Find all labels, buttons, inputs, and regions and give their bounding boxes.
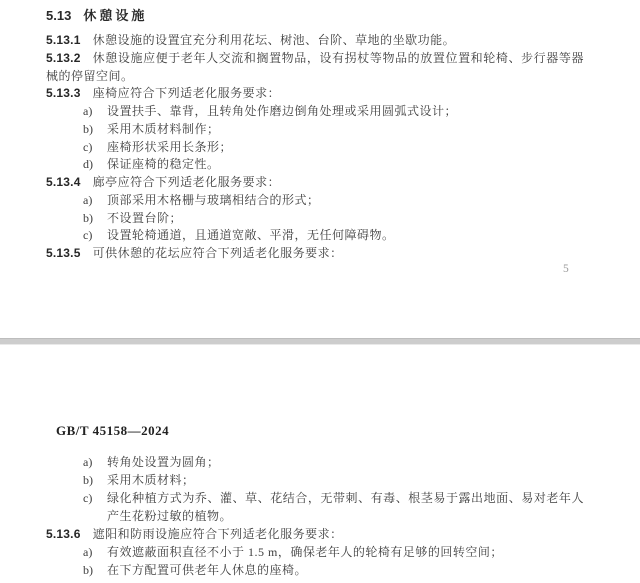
clause-5-13-6: 5.13.6遮阳和防雨设施应符合下列适老化服务要求：: [46, 525, 584, 543]
list-item: c)座椅形状采用长条形；: [46, 139, 584, 157]
list-item-text: 设置扶手、靠背，且转角处作磨边倒角处理或采用圆弧式设计；: [107, 104, 457, 118]
list-marker: c): [83, 227, 92, 245]
list-item: b)在下方配置可供老年人休息的座椅。: [46, 561, 584, 579]
clause-number: 5.13.2: [46, 51, 81, 65]
clause-5-13-1: 5.13.1休憩设施的设置宜充分利用花坛、树池、台阶、草地的坐歇功能。: [46, 32, 584, 50]
clause-text: 休憩设施应便于老年人交流和搁置物品，设有拐杖等物品的放置位置和轮椅、步行器等器械…: [46, 51, 584, 83]
list-marker: b): [83, 561, 93, 579]
clause-number: 5.13.3: [46, 86, 81, 100]
list-item-text: 绿化种植方式为乔、灌、草、花结合，无带刺、有毒、根茎易于露出地面、易对老年人产生…: [107, 491, 584, 523]
list-item: d)保证座椅的稳定性。: [46, 156, 584, 174]
list-marker: a): [83, 192, 92, 210]
list-item-text: 设置轮椅通道，且通道宽敞、平滑，无任何障碍物。: [107, 228, 395, 242]
list-marker: c): [83, 139, 92, 157]
list-item-text: 采用木质材料；: [107, 473, 195, 487]
list-marker: a): [83, 103, 92, 121]
clause-text: 可供休憩的花坛应符合下列适老化服务要求：: [93, 246, 343, 260]
list-item: a)转角处设置为圆角；: [46, 453, 584, 471]
clause-text: 遮阳和防雨设施应符合下列适老化服务要求：: [93, 527, 343, 541]
list-item-text: 保证座椅的稳定性。: [107, 157, 220, 171]
list-marker: b): [83, 471, 93, 489]
section-heading: 5.13休憩设施: [46, 7, 640, 25]
list-marker: b): [83, 210, 93, 228]
section-title: 休憩设施: [83, 8, 147, 23]
list-item-text: 不设置台阶；: [107, 211, 182, 225]
list-item-text: 有效遮蔽面积直径不小于 1.5 m，确保老年人的轮椅有足够的回转空间；: [107, 545, 503, 559]
clause-5-13-4: 5.13.4廊亭应符合下列适老化服务要求：: [46, 174, 584, 192]
list-item-text: 座椅形状采用长条形；: [107, 140, 232, 154]
list-marker: a): [83, 453, 92, 471]
list-item: a)有效遮蔽面积直径不小于 1.5 m，确保老年人的轮椅有足够的回转空间；: [46, 543, 584, 561]
list-item: a)设置扶手、靠背，且转角处作磨边倒角处理或采用圆弧式设计；: [46, 103, 584, 121]
clause-text: 廊亭应符合下列适老化服务要求：: [93, 175, 281, 189]
list-item: b)不设置台阶；: [46, 210, 584, 228]
clause-text: 休憩设施的设置宜充分利用花坛、树池、台阶、草地的坐歇功能。: [93, 33, 456, 47]
page-2: GB/T 45158—2024 a)转角处设置为圆角； b)采用木质材料； c)…: [0, 345, 640, 583]
list-item-text: 转角处设置为圆角；: [107, 455, 220, 469]
clause-5-13-2: 5.13.2休憩设施应便于老年人交流和搁置物品，设有拐杖等物品的放置位置和轮椅、…: [46, 50, 584, 86]
clause-number: 5.13.4: [46, 175, 81, 189]
clause-text: 座椅应符合下列适老化服务要求：: [93, 86, 281, 100]
clause-number: 5.13.1: [46, 33, 81, 47]
list-marker: b): [83, 121, 93, 139]
list-item-text: 在下方配置可供老年人休息的座椅。: [107, 563, 307, 577]
list-marker: d): [83, 156, 93, 174]
clause-number: 5.13.6: [46, 527, 81, 541]
clause-5-13-5: 5.13.5可供休憩的花坛应符合下列适老化服务要求：: [46, 245, 584, 263]
section-number: 5.13: [46, 8, 71, 23]
list-marker: c): [83, 489, 92, 507]
list-item-text: 顶部采用木格栅与玻璃相结合的形式；: [107, 193, 320, 207]
list-item: c)绿化种植方式为乔、灌、草、花结合，无带刺、有毒、根茎易于露出地面、易对老年人…: [46, 489, 584, 525]
list-marker: a): [83, 543, 92, 561]
list-item: c)设置轮椅通道，且通道宽敞、平滑，无任何障碍物。: [46, 227, 584, 245]
page-separator: [0, 338, 640, 345]
list-item: b)采用木质材料制作；: [46, 121, 584, 139]
page-1: 5.13休憩设施 5.13.1休憩设施的设置宜充分利用花坛、树池、台阶、草地的坐…: [0, 0, 640, 338]
standard-number-header: GB/T 45158—2024: [56, 345, 640, 438]
document-viewer: 5.13休憩设施 5.13.1休憩设施的设置宜充分利用花坛、树池、台阶、草地的坐…: [0, 0, 640, 583]
clause-number: 5.13.5: [46, 246, 81, 260]
page-number: 5: [563, 262, 569, 276]
list-item: a)顶部采用木格栅与玻璃相结合的形式；: [46, 192, 584, 210]
list-item-text: 采用木质材料制作；: [107, 122, 220, 136]
clause-5-13-3: 5.13.3座椅应符合下列适老化服务要求：: [46, 85, 584, 103]
list-item: b)采用木质材料；: [46, 471, 584, 489]
